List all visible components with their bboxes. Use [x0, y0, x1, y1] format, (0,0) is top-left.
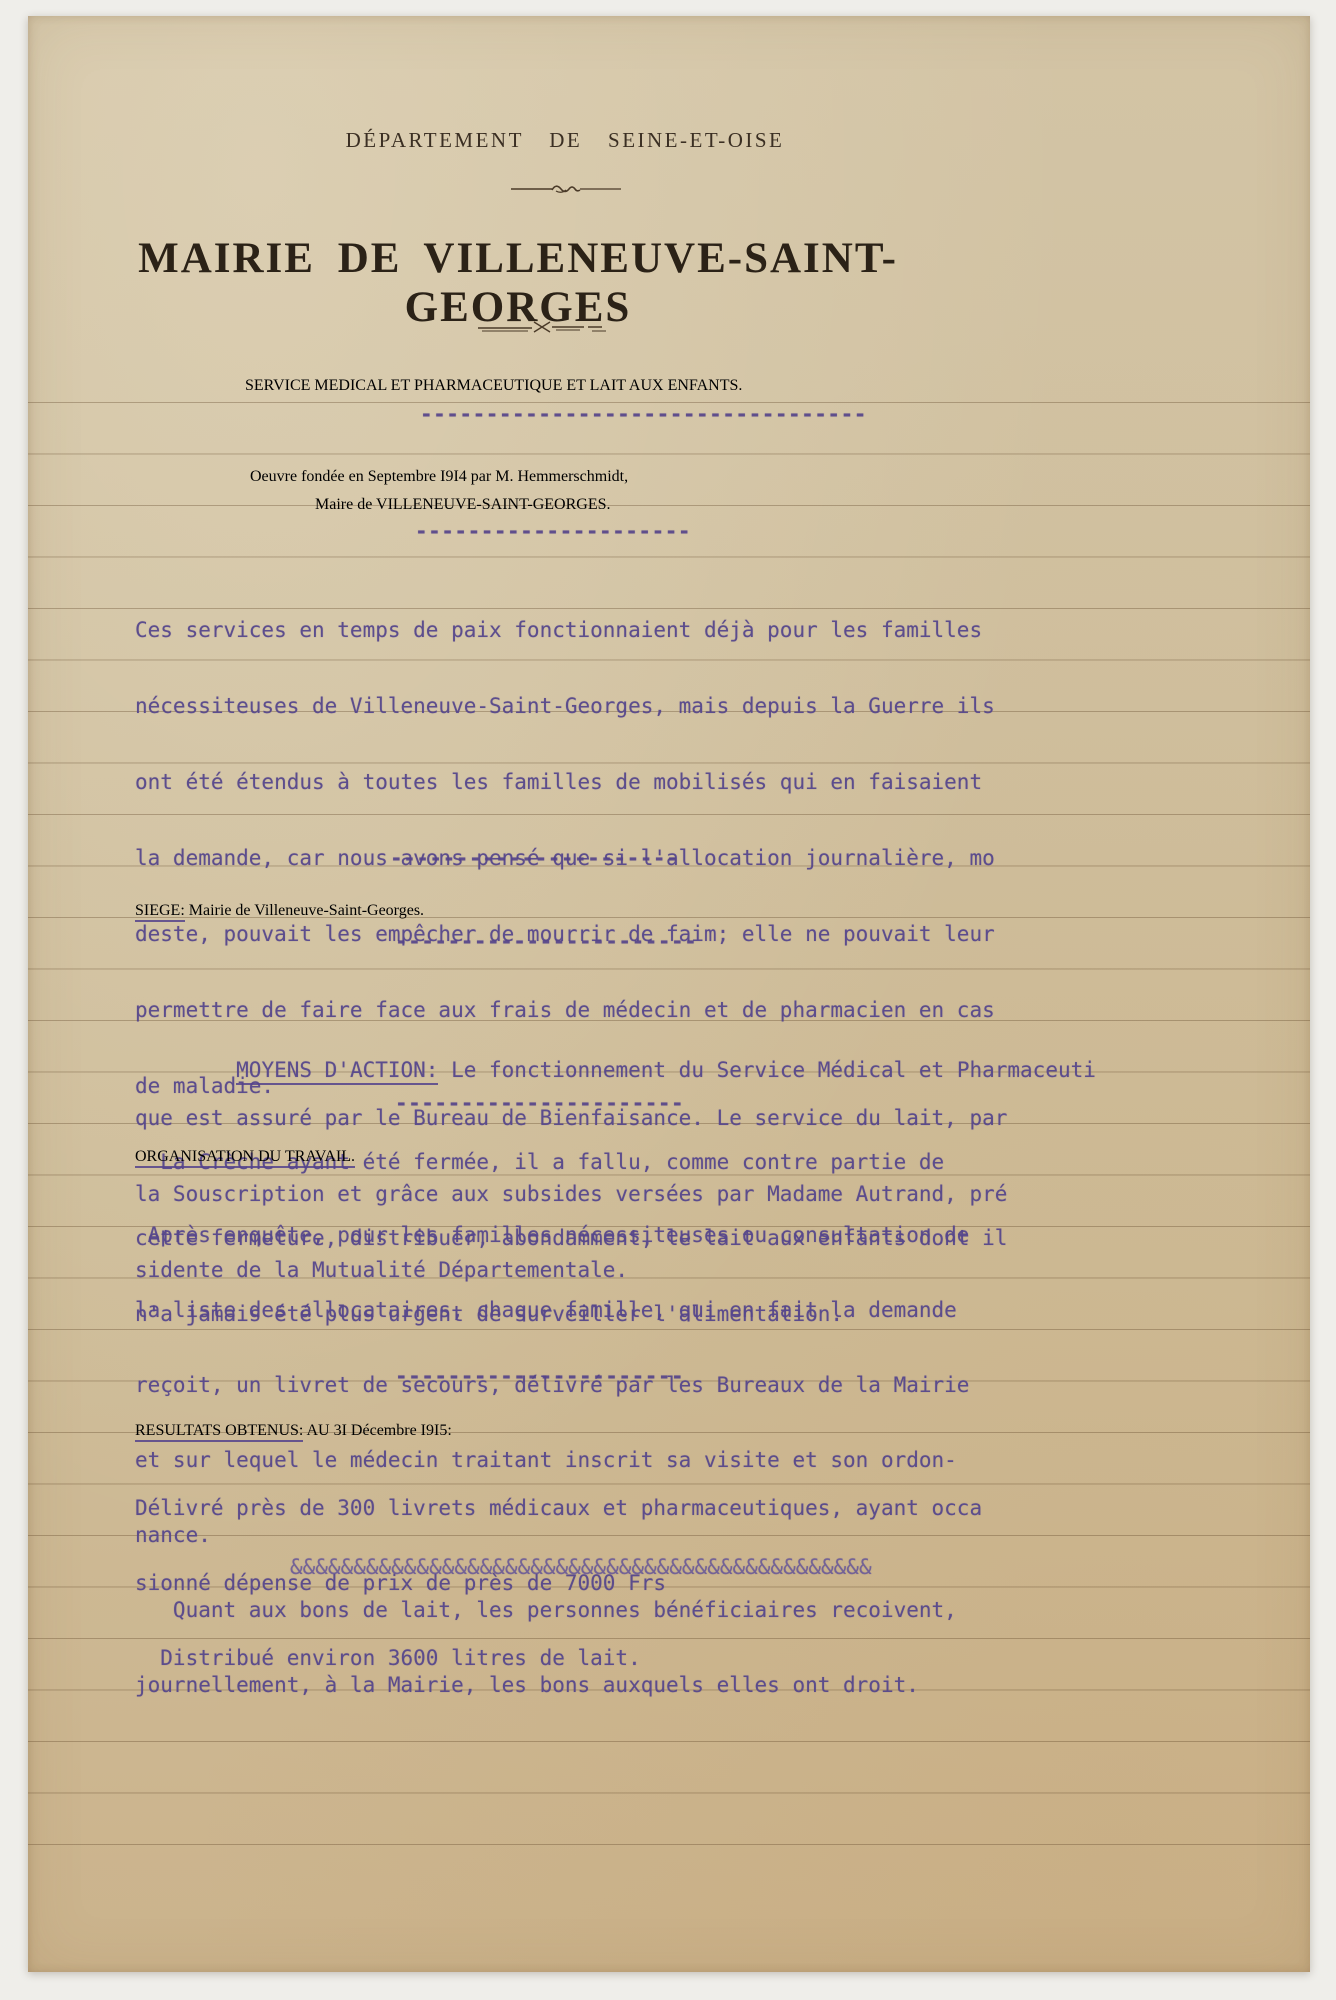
separator-dashes: ----------------------------------	[420, 402, 867, 426]
typed-line: la liste des allocataires, chaque famill…	[135, 1297, 969, 1324]
typed-line: Ces services en temps de paix fonctionna…	[135, 616, 1007, 644]
organisation-heading-label: ORGANISATION DU TRAVAIL.	[135, 1148, 355, 1168]
founding-line: Oeuvre fondée en Septembre I9I4 par M. H…	[250, 463, 628, 491]
moyens-first-rest: Le fonctionnement du Service Médical et …	[438, 1058, 1095, 1082]
paper-sheet: DÉPARTEMENT DE SEINE-ET-OISE MAIRIE DE V…	[28, 16, 1310, 1972]
resultats-heading: RESULTATS OBTENUS: AU 3I Décembre I9I5:	[135, 1417, 452, 1445]
separator-dashes: ----------------------	[395, 1091, 684, 1115]
separator-dashes: ---------------------	[415, 519, 691, 543]
separator-dashes: ----------------------	[395, 1364, 684, 1388]
moyens-label: MOYENS D'ACTION:	[236, 1058, 438, 1085]
typed-line: MOYENS D'ACTION: Le fonctionnement du Se…	[135, 1028, 1096, 1056]
resultats-paragraph: Délivré près de 300 livrets médicaux et …	[135, 1447, 982, 1720]
resultats-heading-rest: AU 3I Décembre I9I5:	[303, 1422, 451, 1439]
service-title-line: SERVICE MEDICAL ET PHARMACEUTIQUE ET LAI…	[245, 372, 742, 400]
document-content: DÉPARTEMENT DE SEINE-ET-OISE MAIRIE DE V…	[28, 16, 1310, 1972]
scanned-document-page: { "colors": { "paper": "#cfbf9e", "print…	[0, 0, 1336, 2000]
mairie-title: MAIRIE DE VILLENEUVE-SAINT-GEORGES	[58, 234, 978, 332]
typed-line: Distribué environ 3600 litres de lait.	[135, 1645, 982, 1672]
ornament-divider-title	[476, 319, 612, 340]
ampersand-line: &&&&&&&&&&&&&&&&&&&&&&&&&&&&&&&&&&&&&&&&…	[290, 1555, 872, 1579]
siege-text: Mairie de Villeneuve-Saint-Georges.	[185, 902, 424, 919]
ornament-divider-top	[510, 182, 622, 201]
resultats-label: RESULTATS OBTENUS:	[135, 1422, 303, 1442]
typed-line: Délivré près de 300 livrets médicaux et …	[135, 1495, 982, 1522]
separator-dashes: -----------------------	[395, 929, 697, 953]
siege-label: SIEGE:	[135, 902, 185, 922]
separator-dashes: ----------------------	[390, 846, 679, 870]
organisation-heading: ORGANISATION DU TRAVAIL.	[135, 1143, 355, 1171]
typed-line: nécessiteuses de Villeneuve-Saint-George…	[135, 692, 1007, 720]
founding-line: Maire de VILLENEUVE-SAINT-GEORGES.	[315, 491, 611, 519]
department-heading: DÉPARTEMENT DE SEINE-ET-OISE	[28, 128, 1102, 153]
siege-line: SIEGE: Mairie de Villeneuve-Saint-George…	[135, 897, 424, 925]
typed-line: ont été étendus à toutes les familles de…	[135, 768, 1007, 796]
typed-line: Après enquête, pour les familles nécessi…	[135, 1222, 969, 1249]
